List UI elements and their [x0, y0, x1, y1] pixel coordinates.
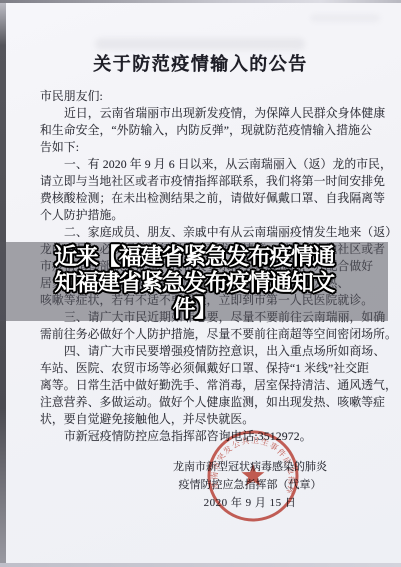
document-photo: 关于防范疫情输入的公告 市民朋友们: 近日，云南省瑞丽市出现新发疫情，为保障人民…	[0, 0, 401, 567]
doc-line: 费核酸检测；在未出检测结果之前，请做好佩戴口罩、自我隔离等	[40, 190, 372, 207]
official-seal: 龙南市突发公共卫生事件应急指挥部	[206, 429, 300, 523]
doc-line: 离等。日常生活中做好勤洗手、常消毒，居室保持清洁、通风透气，	[40, 377, 372, 394]
doc-line: 告如下:	[40, 139, 372, 156]
doc-line: 状，要自觉避免接触他人，并尽快就医。	[40, 411, 372, 428]
svg-text:龙南市突发公共卫生事件应急指挥部: 龙南市突发公共卫生事件应急指挥部	[206, 429, 297, 496]
scan-smudge	[310, 14, 380, 22]
doc-line: 需前往务必做好个人防护措施，尽量不要前往商超等空间密闭场所。	[40, 326, 372, 343]
doc-line-item2: 二、家庭成员、朋友、亲戚中有从云南瑞丽疫情发生地来（返）	[40, 224, 372, 241]
doc-line: 注意营养、多做运动。做好个人健康监测，如出现发热、咳嗽等症	[40, 394, 372, 411]
scan-smudge	[95, 38, 305, 50]
doc-line-greeting: 市民朋友们:	[40, 88, 372, 105]
caption-line: 知福建省紧急发布疫情通知文	[0, 269, 388, 295]
doc-line-item4: 四、请广大市民要增强疫情防控意识，出入重点场所如商场、	[40, 343, 372, 360]
seal-ring-text: 龙南市突发公共卫生事件应急指挥部	[206, 429, 297, 496]
doc-line: 近日，云南省瑞丽市出现新发疫情，为保障人民群众身体健康	[40, 105, 372, 122]
doc-line: 和生命安全，“外防输入，内防反弹”，现就防范疫情输入措施公	[40, 122, 372, 139]
photo-edge-bottom	[0, 563, 401, 567]
star-icon	[242, 464, 265, 486]
doc-line: 车站、医院、农贸市场等必须佩戴好口罩、保持“1 米线”社交距	[40, 360, 372, 377]
caption-overlay: 近来【福建省紧急发布疫情通 知福建省紧急发布疫情通知文 件】	[0, 243, 388, 321]
document-title: 关于防范疫情输入的公告	[0, 50, 401, 76]
doc-line: 请立即与当地社区或者市疫情指挥部联系，我们将第一时间安排免	[40, 173, 372, 190]
caption-line: 件】	[0, 295, 388, 321]
doc-line-item1: 一、有 2020 年 9 月 6 日以来，从云南瑞丽入（返）龙的市民，	[40, 156, 372, 173]
photo-edge-top	[0, 0, 401, 3]
caption-line: 近来【福建省紧急发布疫情通	[0, 243, 388, 269]
doc-line: 个人防护措施。	[40, 207, 372, 224]
